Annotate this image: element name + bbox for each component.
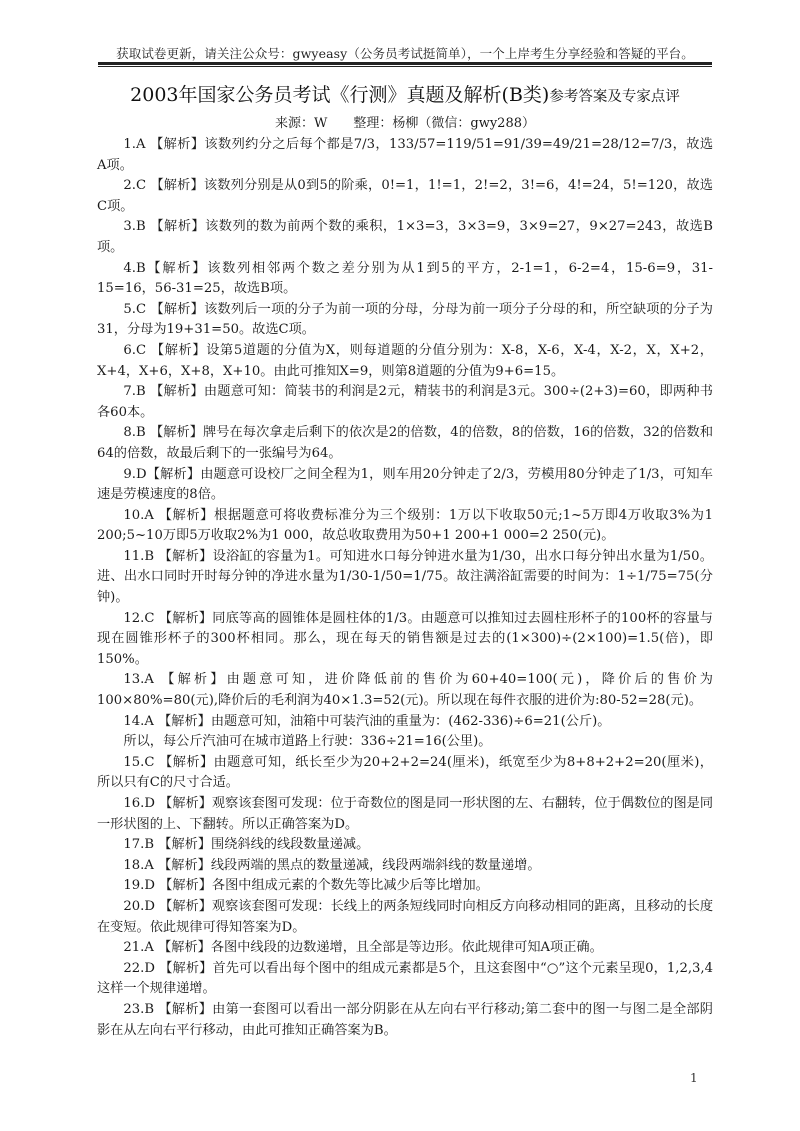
answer-item-5: 5.C 【解析】该数列后一项的分子为前一项的分母，分母为前一项分子分母的和，所空… xyxy=(97,300,713,341)
answer-item-18: 18.A 【解析】线段两端的黑点的数量递减，线段两端斜线的数量递增。 xyxy=(97,856,713,877)
answer-number: 23.B xyxy=(123,1002,154,1017)
answer-item-14-continued: 所以，每公斤汽油可在城市道路上行驶：336÷21=16(公里)。 xyxy=(97,732,713,753)
answer-number: 8.B xyxy=(123,425,145,440)
document-title: 2003年国家公务员考试《行测》真题及解析(B类)参考答案及专家点评 xyxy=(100,80,710,107)
analysis-tag: 【解析】 xyxy=(161,672,226,687)
answer-item-14: 14.A 【解析】由题意可知，油箱中可装汽油的重量为：(462-336)÷6=2… xyxy=(97,712,713,733)
answer-item-3: 3.B 【解析】该数列的数为前两个数的乘积，1×3=3，3×3=9，3×9=27… xyxy=(97,217,713,258)
answer-number: 7.B xyxy=(123,384,145,399)
answer-number: 19.D xyxy=(123,878,155,893)
answer-item-2: 2.C 【解析】该数列分别是从0到5的阶乘，0!=1，1!=1，2!=2，3!=… xyxy=(97,176,713,217)
answer-number: 5.C xyxy=(123,302,146,317)
analysis-tag: 【解析】 xyxy=(150,178,203,193)
analysis-tag: 【解析】 xyxy=(158,1002,212,1017)
source-line: 来源：W整理：杨柳（微信：gwy288） xyxy=(100,112,710,131)
analysis-tag: 【解析】 xyxy=(159,899,212,914)
answer-text: 线段两端的黑点的数量递减，线段两端斜线的数量递增。 xyxy=(211,858,541,873)
answer-number: 21.A xyxy=(123,940,154,955)
analysis-tag: 【解析】 xyxy=(158,858,211,873)
header-double-rule xyxy=(98,62,712,68)
answer-number: 12.C xyxy=(123,611,154,626)
analysis-tag: 【解析】 xyxy=(159,961,212,976)
answer-number: 20.D xyxy=(123,899,155,914)
answer-number: 15.C xyxy=(123,755,154,770)
analysis-tag: 【解析】 xyxy=(150,219,205,234)
title-main: 2003年国家公务员考试《行测》真题及解析(B类) xyxy=(130,84,549,106)
analysis-tag: 【解析】 xyxy=(151,343,206,358)
answer-item-15: 15.C 【解析】由题意可知，纸长至少为20+2+2=24(厘米)，纸宽至少为8… xyxy=(97,753,713,794)
editor-label: 整理：杨柳（微信：gwy288） xyxy=(353,116,535,131)
analysis-tag: 【解析】 xyxy=(159,796,212,811)
answer-item-19: 19.D 【解析】各图中组成元素的个数先等比减少后等比增加。 xyxy=(97,876,713,897)
answer-item-21: 21.A 【解析】各图中线段的边数递增，且全部是等边形。依此规律可知A项正确。 xyxy=(97,938,713,959)
answer-number: 1.A xyxy=(123,137,145,152)
answer-item-11: 11.B 【解析】设浴缸的容量为1。可知进水口每分钟进水量为1/30，出水口每分… xyxy=(97,547,713,609)
answer-number: 2.C xyxy=(123,178,146,193)
analysis-tag: 【解析】 xyxy=(150,137,204,152)
answer-item-7: 7.B 【解析】由题意可知：简装书的利润是2元，精装书的利润是3元。300÷(2… xyxy=(97,382,713,423)
answer-number: 18.A xyxy=(123,858,154,873)
answer-item-22: 22.D 【解析】首先可以看出每个图中的组成元素都是5个，且这套图中“○”这个元… xyxy=(97,959,713,1000)
answer-text: 所以，每公斤汽油可在城市道路上行驶：336÷21=16(公里)。 xyxy=(123,734,491,749)
header-notice: 获取试卷更新，请关注公众号：gwyeasy（公务员考试挺简单），一个上岸考生分享… xyxy=(100,44,710,62)
answer-text: 各图中线段的边数递增，且全部是等边形。依此规律可知A项正确。 xyxy=(211,940,603,955)
answer-item-13: 13.A 【解析】由题意可知，进价降低前的售价为60+40=100(元)，降价后… xyxy=(97,670,713,711)
analysis-tag: 【解析】 xyxy=(150,384,204,399)
answer-item-9: 9.D【解析】由题意可设校厂之间全程为1，则车用20分钟走了2/3，劳模用80分… xyxy=(97,465,713,506)
analysis-tag: 【解析】 xyxy=(158,714,211,729)
answer-number: 3.B xyxy=(123,219,145,234)
header-rule-thick xyxy=(98,62,712,65)
analysis-tag: 【解析】 xyxy=(159,549,213,564)
answer-number: 22.D xyxy=(123,961,155,976)
answer-text: 围绕斜线的线段数量递减。 xyxy=(211,837,369,852)
answer-item-17: 17.B 【解析】围绕斜线的线段数量递减。 xyxy=(97,835,713,856)
answer-item-23: 23.B 【解析】由第一套图可以看出一部分阴影在从左向右平行移动;第二套中的图一… xyxy=(97,1000,713,1041)
answer-text: 各图中组成元素的个数先等比减少后等比增加。 xyxy=(212,878,489,893)
analysis-tag: 【解析】 xyxy=(146,261,208,276)
document-page: 获取试卷更新，请关注公众号：gwyeasy（公务员考试挺简单），一个上岸考生分享… xyxy=(0,0,800,1131)
answer-item-10: 10.A 【解析】根据题意可将收费标准分为三个级别：1万以下收取50元;1~5万… xyxy=(97,506,713,547)
answer-item-6: 6.C 【解析】设第5道题的分值为X，则每道题的分值分别为：X-8，X-6，X-… xyxy=(97,341,713,382)
answer-text: 由题意可知，油箱中可装汽油的重量为：(462-336)÷6=21(公斤)。 xyxy=(211,714,611,729)
answer-item-16: 16.D 【解析】观察该套图可发现：位于奇数位的图是同一形状图的左、右翻转，位于… xyxy=(97,794,713,835)
analysis-tag: 【解析】 xyxy=(159,755,213,770)
analysis-tag: 【解析】 xyxy=(150,302,204,317)
answer-number: 6.C xyxy=(123,343,146,358)
answer-item-20: 20.D 【解析】观察该套图可发现：长线上的两条短线同时向相反方向移动相同的距离… xyxy=(97,897,713,938)
page-number: 1 xyxy=(690,1071,698,1085)
answer-item-1: 1.A 【解析】该数列约分之后每个都是7/3，133/57=119/51=91/… xyxy=(97,135,713,176)
analysis-tag: 【解析】 xyxy=(159,508,214,523)
analysis-tag: 【解析】 xyxy=(159,611,212,626)
answer-number: 9.D xyxy=(123,467,146,482)
source-label: 来源：W xyxy=(275,116,327,131)
answer-number: 14.A xyxy=(123,714,154,729)
analysis-tag: 【解析】 xyxy=(147,467,201,482)
answer-number: 17.B xyxy=(123,837,154,852)
header-rule-thin xyxy=(98,66,712,67)
answer-number: 13.A xyxy=(123,672,154,687)
analysis-tag: 【解析】 xyxy=(158,837,211,852)
answer-number: 4.B xyxy=(123,261,145,276)
answer-number: 10.A xyxy=(123,508,154,523)
answer-list: 1.A 【解析】该数列约分之后每个都是7/3，133/57=119/51=91/… xyxy=(97,135,713,1041)
analysis-tag: 【解析】 xyxy=(158,940,211,955)
answer-item-8: 8.B 【解析】牌号在每次拿走后剩下的依次是2的倍数，4的倍数，8的倍数，16的… xyxy=(97,423,713,464)
analysis-tag: 【解析】 xyxy=(159,878,212,893)
answer-item-4: 4.B【解析】该数列相邻两个数之差分别为从1到5的平方，2-1=1，6-2=4，… xyxy=(97,259,713,300)
answer-number: 16.D xyxy=(123,796,155,811)
answer-number: 11.B xyxy=(123,549,154,564)
answer-item-12: 12.C 【解析】同底等高的圆锥体是圆柱体的1/3。由题意可以推知过去圆柱形杯子… xyxy=(97,609,713,671)
title-sub: 参考答案及专家点评 xyxy=(549,89,680,105)
analysis-tag: 【解析】 xyxy=(150,425,203,440)
